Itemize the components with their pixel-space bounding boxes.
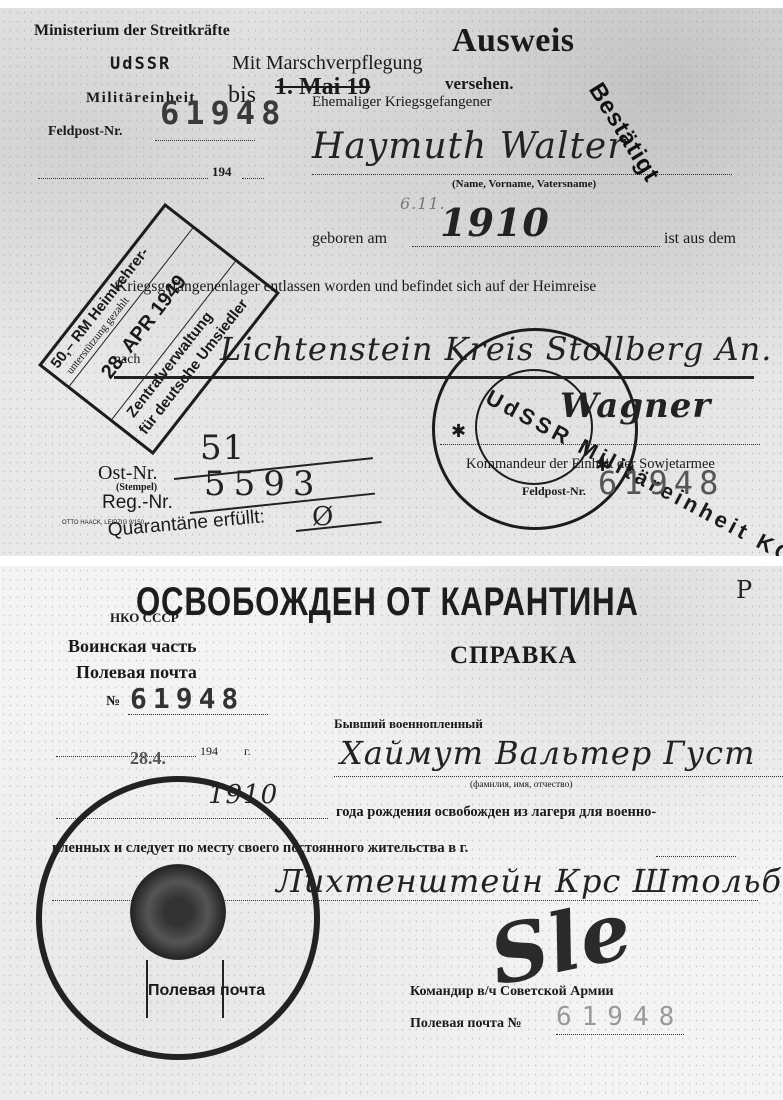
country-label: UdSSR [110, 54, 171, 74]
field-post-label: Полевая почта [76, 662, 197, 683]
quarantine-underline [296, 521, 382, 532]
name-handwritten: Хаймут Вальтер Густ [340, 734, 755, 772]
ost-value-handwritten: 51 [200, 428, 245, 468]
initial-mark: P [736, 576, 753, 604]
unit-number: 61948 [130, 682, 244, 715]
city-dotted-line [656, 856, 736, 857]
spravka-title: СПРАВКА [450, 642, 577, 670]
signature-dotted-line [440, 444, 760, 445]
feldpost-dotted-line [155, 140, 255, 141]
field-post-round-stamp: Полевая почта [36, 776, 320, 1060]
name-handwritten: Haymuth Walter [312, 126, 625, 167]
released-text: года рождения освобожден из лагеря для в… [336, 804, 656, 821]
name-dotted-line [312, 174, 732, 175]
commander-feldpost-label: Feldpost-Nr. [522, 484, 586, 499]
number-prefix: № [106, 694, 120, 710]
ministry-heading: Ministerium der Streitkräfte [34, 22, 230, 40]
date-year: 194 [200, 744, 218, 759]
name-dotted-line [334, 776, 783, 777]
reg-value-handwritten: 5593 [204, 464, 323, 504]
pow-label: Ehemaliger Kriegsgefangener [312, 94, 492, 111]
date-dotted-line [38, 178, 208, 179]
unit-label: Воинская часть [68, 636, 197, 657]
feldpost-number: 61948 [160, 94, 286, 132]
quarantine-release-stamp: ОСВОБОЖДЕН ОТ КАРАНТИНА [136, 580, 639, 625]
marsch-label: Mit Marschverpflegung [232, 52, 423, 75]
spravka-panel: ОСВОБОЖДЕН ОТ КАРАНТИНА P НКО СССР Воинс… [0, 566, 783, 1100]
date-day: 28.4. [130, 748, 166, 769]
commander-feldpost-number: 61948 [598, 464, 724, 502]
former-pow-label: Бывший военнопленный [334, 716, 483, 732]
unit-number-dotted [128, 714, 268, 715]
date-suffix: г. [244, 744, 251, 759]
feldpost-label: Feldpost-Nr. [48, 124, 123, 140]
document-title: Ausweis [452, 22, 575, 60]
field-post-footer-dotted [556, 1034, 684, 1035]
coat-of-arms-emblem [130, 864, 226, 960]
date-year-dotted [242, 178, 264, 179]
born-dotted-line [412, 246, 660, 247]
born-label: geboren am [312, 230, 387, 248]
versehen-label: versehen. [445, 74, 513, 94]
birth-day-handwritten: 6.11. [400, 194, 446, 213]
commander-label: Командир в/ч Советской Армии [410, 984, 614, 1000]
field-post-footer-label: Полевая почта № [410, 1016, 522, 1032]
commander-signature: Wagner [560, 386, 711, 426]
date-year-prefix: 194 [212, 164, 232, 180]
reg-label: Reg.-Nr. [102, 492, 173, 514]
name-caption: (фамилия, имя, отчество) [470, 780, 573, 790]
nko-label: НКО СССР [110, 610, 179, 626]
heimkehrer-stamp: 50,– RM Heimkehrer- unterstützung gezahl… [38, 203, 280, 455]
birth-year-handwritten: 1910 [440, 200, 550, 245]
field-post-footer-number: 61948 [556, 1002, 684, 1032]
ausweis-panel: Ministerium der Streitkräfte UdSSR Mit M… [0, 8, 783, 556]
round-stamp-text: Полевая почта [148, 982, 265, 1000]
is-from-label: ist aus dem [664, 230, 736, 248]
destination-handwritten: Лихтенштейн Крс Штольберг [276, 862, 783, 900]
star-icon: ✱ [451, 421, 466, 442]
name-caption: (Name, Vorname, Vatersname) [452, 178, 596, 190]
date-dotted-line [56, 756, 196, 757]
